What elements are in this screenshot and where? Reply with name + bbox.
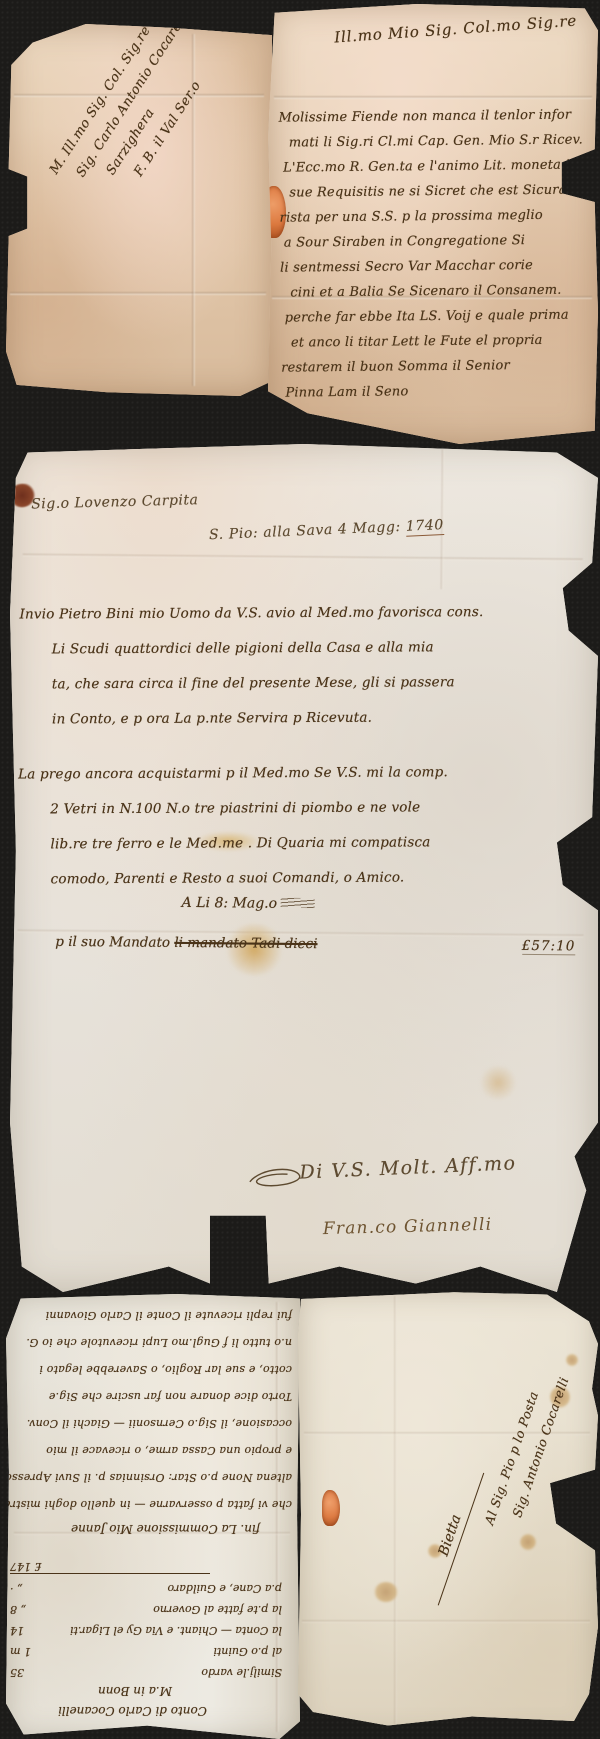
body-line: a Sour Siraben in Congregatione Si	[284, 227, 592, 255]
account-desc: la Conta — Chiant. e Via Gy el Ligar.ti	[70, 1616, 282, 1637]
body-line: ta, che sara circa il fine del presente …	[52, 665, 595, 703]
letter3-diagonal-address: Al Sig. Pio p lo Posta Sig. Antonio Coca…	[478, 1284, 600, 1536]
letter3-left-page: che vi fatta p osservarne — in quello do…	[6, 1294, 300, 1739]
fold-crease	[274, 96, 592, 99]
account-row: p.a Cane, e Guildaro „ ·	[10, 1574, 282, 1595]
letter2-valediction: Di V.S. Molt. Aff.mo	[299, 1152, 517, 1183]
account-heading-upside-down: fin. La Commissione Mio Janne	[50, 1522, 260, 1536]
amount-lire: £57:10	[522, 938, 576, 955]
stain-spot	[478, 1066, 518, 1100]
body-line: 2 Vetri in N.100 N.o tre piastrini di pi…	[50, 790, 593, 828]
letter2-addressee: Sig.o Lovenzo Carpita	[31, 492, 199, 512]
body-line: Invio Pietro Bini mio Uomo da V.S. avio …	[19, 595, 594, 633]
body-line: mati li Sig.ri Cl.mi Cap. Gen. Mio S.r R…	[289, 127, 591, 155]
mandato-text: p il suo Mandato	[55, 934, 174, 951]
account-amount: £ 147	[10, 1552, 42, 1573]
body-line: L'Ecc.mo R. Gen.ta e l'animo Lit. moneta…	[283, 152, 591, 180]
body-line: perche far ebbe Ita LS. Voij e quale pri…	[285, 302, 593, 330]
subdate-text: A Li 8: Mag.o	[182, 895, 278, 912]
body-line: rista per una S.S. p la prossima meglio	[279, 202, 591, 230]
letter1-salutation: Ill.mo Mio Sig. Col.mo Sig.re	[334, 12, 578, 47]
account-amount: 1 m	[10, 1637, 31, 1658]
body-line: li sentmessi Secro Var Macchar corie	[280, 252, 592, 280]
account-desc: p.a Cane, e Guildaro	[167, 1574, 282, 1595]
body-line: occasione, il Sig.o Cernsonii — Giachi i…	[14, 1410, 292, 1437]
body-line: e propio una Cassa arme, o ricevace il m…	[14, 1437, 292, 1464]
body-line: n.o tutto li f Gugl.mo Lupi ricevutole c…	[14, 1329, 292, 1356]
valediction-text: Di V.S. Molt. Aff.mo	[299, 1152, 517, 1183]
account-table-upside-down: £ 147 p.a Cane, e Guildaro „ · la p.te f…	[10, 1552, 282, 1679]
account-desc: la p.te fatte al Governo	[153, 1595, 282, 1616]
wax-seal-remnant	[322, 1490, 340, 1526]
foxing-spot	[520, 1534, 536, 1550]
account-amount: „ 8	[10, 1595, 26, 1616]
account-amount: „ ·	[10, 1574, 23, 1595]
dateline-place: S. Pio: alla Sava 4 Magg:	[209, 519, 401, 543]
mandato-struck-text: li mandato Tadi dieci	[174, 935, 317, 952]
body-line: altena None p.o Star: Orsinnias p. il Su…	[14, 1464, 292, 1491]
letter2-content: Sig.o Lovenzo Carpita S. Pio: alla Sava …	[6, 441, 600, 1294]
body-line: lib.re tre ferro e le Med.me . Di Quaria…	[50, 825, 593, 863]
fold-crease	[10, 292, 266, 295]
account-desc: al p.o Guinti	[213, 1637, 282, 1658]
body-line: cini et a Balia Se Sicenaro il Consanem.	[290, 277, 592, 305]
letter2-subdate: A Li 8: Mag.o	[182, 895, 316, 912]
account-row: Similj.le vardo 35	[10, 1658, 282, 1679]
account-desc: Similj.le vardo	[201, 1658, 282, 1679]
account-amount: 14	[10, 1616, 24, 1637]
fold-crease	[23, 554, 583, 562]
letter1-body-text: Molissime Fiende non manca il tenlor inf…	[278, 102, 593, 405]
fold-crease	[302, 1620, 590, 1623]
account-total-row: £ 147	[10, 1552, 210, 1574]
body-line: in Conto, e p ora La p.nte Servira p Ric…	[52, 700, 595, 738]
photo-backdrop: M. Ill.mo Sig. Col. Sig.re Sig. Carlo An…	[0, 0, 600, 1739]
body-line: et anco li titar Lett le Fute el propria	[291, 327, 593, 355]
body-line: Torto dice donare non far uscire che Sig…	[14, 1383, 292, 1410]
body-line: La prego ancora acquistarmi p il Med.mo …	[18, 755, 593, 793]
pen-flourish-icon	[247, 1163, 304, 1191]
letter3-account-title-upside-down: Conto di Carlo Cocanelli	[58, 1704, 207, 1718]
account-row: la p.te fatte al Governo „ 8	[10, 1595, 282, 1616]
letter3-right-page: Al Sig. Pio p lo Posta Sig. Antonio Coca…	[298, 1290, 598, 1739]
body-line: Molissime Fiende non manca il tenlor inf…	[278, 102, 590, 130]
account-row: la Conta — Chiant. e Via Gy el Ligar.ti …	[10, 1616, 282, 1637]
letter2-signature: Fran.co Giannelli	[323, 1215, 493, 1239]
body-line: che vi fatta p osservarne — in quello do…	[14, 1491, 292, 1518]
body-line: restarem il buon Somma il Senior	[281, 352, 593, 380]
foxing-spot	[374, 1582, 398, 1602]
letter2-paragraph-1: Invio Pietro Bini mio Uomo da V.S. avio …	[19, 595, 595, 738]
letter3-body-upside-down: che vi fatta p osservarne — in quello do…	[14, 1302, 292, 1518]
letter2-mandato-line: £57:10 p il suo Mandato li mandato Tadi …	[55, 934, 575, 956]
body-line: cotto, e sue lar Roglio, o Saverebbe leg…	[14, 1356, 292, 1383]
account-row: al p.o Guinti 1 m	[10, 1637, 282, 1658]
body-line: comodo, Parenti e Resto a suoi Comandi, …	[51, 860, 594, 898]
letter1-left-page: M. Ill.mo Sig. Col. Sig.re Sig. Carlo An…	[6, 24, 272, 396]
letter3-name-upside-down: M.a in Bonn	[98, 1684, 172, 1698]
letter1-address-block: M. Ill.mo Sig. Col. Sig.re Sig. Carlo An…	[44, 0, 250, 219]
letter2-page: Sig.o Lovenzo Carpita S. Pio: alla Sava …	[10, 444, 598, 1292]
fold-crease	[394, 1296, 397, 1726]
scratched-out-word	[281, 898, 315, 908]
body-line: Li Scudi quattordici delle pigioni della…	[52, 630, 595, 668]
letter2-dateline: S. Pio: alla Sava 4 Magg: 1740	[209, 517, 444, 543]
body-line: sue Requisitis ne si Sicret che est Sicu…	[289, 177, 591, 205]
letter3-signature-diagonal: Bietta	[420, 1467, 484, 1606]
account-amount: 35	[10, 1658, 24, 1679]
body-line: fui repli ricevute il Conte il Carlo Gio…	[14, 1302, 292, 1329]
body-line: Pinna Lam il Seno	[285, 377, 593, 405]
letter1-right-page: Ill.mo Mio Sig. Col.mo Sig.re Molissime …	[268, 4, 598, 444]
dateline-year: 1740	[406, 517, 445, 537]
letter2-paragraph-2: La prego ancora acquistarmi p il Med.mo …	[18, 755, 594, 898]
